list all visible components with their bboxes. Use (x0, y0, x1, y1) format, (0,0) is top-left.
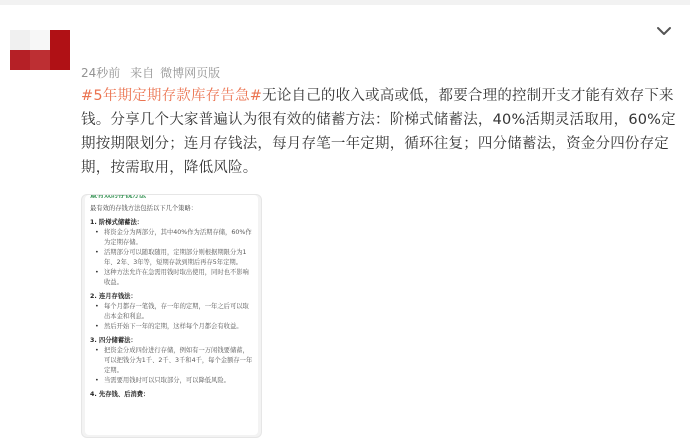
image-list-item: 每个月都存一笔钱，存一年的定期，一年之后可以取出本金和利息。 (90, 302, 253, 322)
topic-link[interactable]: #5年期定期存款库存告急# (81, 88, 262, 104)
image-section-heading: 3. 四分储蓄法： (90, 336, 253, 346)
image-intro: 最有效的存钱方法包括以下几个策略： (90, 204, 253, 214)
image-section-heading: 1. 阶梯式储蓄法： (90, 218, 253, 228)
source-prefix: 来自 (130, 66, 154, 80)
avatar-pixel (10, 50, 30, 70)
image-section-heading: 4. 先存钱、后消费： (90, 390, 253, 400)
top-divider (0, 0, 690, 5)
image-title: 最有效的存钱方法 (90, 194, 253, 198)
image-section-heading: 2. 连月存钱法： (90, 292, 253, 302)
avatar-pixel (10, 30, 30, 50)
avatar-pixel (50, 30, 70, 70)
post-meta: 24秒前 来自微博网页版 (81, 64, 220, 81)
post-body: #5年期定期存款库存告急#无论自己的收入或高或低，都要合理的控制开支才能有效存下… (81, 84, 681, 180)
avatar-pixel (30, 30, 50, 50)
post-image[interactable]: 最有效的存钱方法 最有效的存钱方法包括以下几个策略： 1. 阶梯式储蓄法： 将资… (81, 194, 262, 438)
image-list-item: 把资金分成四份进行存储，例如有一万闲钱要储蓄，可以把钱分为1千、2千、3千和4千… (90, 346, 253, 376)
post-source: 微博网页版 (160, 66, 220, 80)
image-list-item: 将资金分为两部分，其中40%作为活期存储，60%作为定期存储。 (90, 228, 253, 248)
image-list-item: 当需要用钱时可以只取部分，可以降低风险。 (90, 376, 253, 386)
image-content: 最有效的存钱方法 最有效的存钱方法包括以下几个策略： 1. 阶梯式储蓄法： 将资… (85, 195, 258, 435)
post-time[interactable]: 24秒前 (81, 66, 120, 80)
avatar[interactable] (10, 30, 70, 70)
chevron-down-icon[interactable] (656, 22, 672, 34)
image-list-item: 这种方法允许在急需用钱时取出使用，同时也不影响收益。 (90, 268, 253, 288)
image-list-item: 然后开始下一年的定期，这样每个月都会有收益。 (90, 322, 253, 332)
avatar-pixel (30, 50, 50, 70)
image-list-item: 活期部分可以随取随用，定期部分则根据期限分为1年、2年、3年等，短期存款到期后再… (90, 248, 253, 268)
